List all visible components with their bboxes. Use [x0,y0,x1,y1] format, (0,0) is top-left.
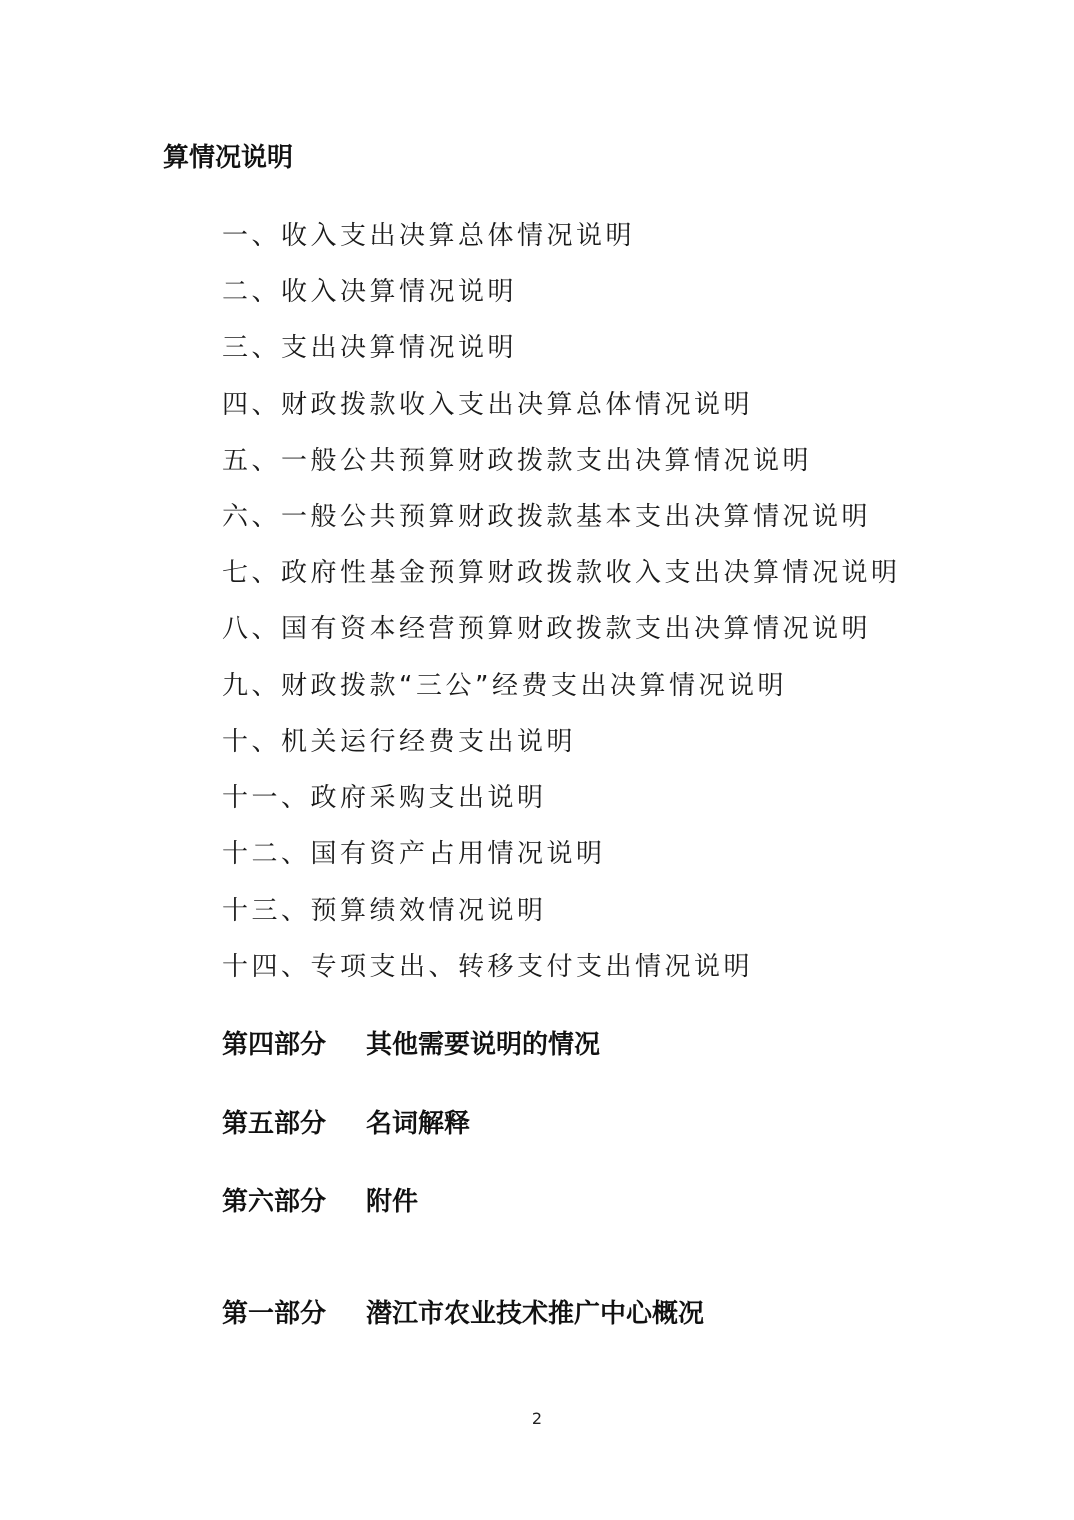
toc-item: 十二、国有资产占用情况说明 [222,836,606,872]
toc-item: 十三、预算绩效情况说明 [222,893,547,929]
part-title: 附件 [366,1187,418,1217]
toc-item: 二、收入决算情况说明 [222,274,517,310]
part-label: 第六部分 [222,1184,366,1220]
toc-item: 十一、政府采购支出说明 [222,780,547,816]
part-title: 其他需要说明的情况 [366,1030,600,1060]
toc-item: 六、一般公共预算财政拨款基本支出决算情况说明 [222,499,871,535]
part-title: 名词解释 [366,1109,470,1139]
toc-item: 一、收入支出决算总体情况说明 [222,218,635,254]
toc-part-4: 第四部分其他需要说明的情况 [222,1027,600,1063]
section-heading: 算情况说明 [163,140,293,176]
toc-item: 八、国有资本经营预算财政拨款支出决算情况说明 [222,611,871,647]
toc-item: 三、支出决算情况说明 [222,330,517,366]
toc-item: 七、政府性基金预算财政拨款收入支出决算情况说明 [222,555,901,591]
toc-part-6: 第六部分附件 [222,1184,418,1220]
toc-item: 十、机关运行经费支出说明 [222,724,576,760]
part-label: 第一部分 [222,1296,366,1332]
part-label: 第四部分 [222,1027,366,1063]
body-heading-part-1: 第一部分潜江市农业技术推广中心概况 [222,1296,704,1332]
toc-part-5: 第五部分名词解释 [222,1106,470,1142]
part-title: 潜江市农业技术推广中心概况 [366,1299,704,1329]
part-label: 第五部分 [222,1106,366,1142]
page-number: 2 [0,1409,1074,1429]
toc-item: 十四、专项支出、转移支付支出情况说明 [222,949,753,985]
toc-item: 九、财政拨款“三公”经费支出决算情况说明 [222,668,787,704]
toc-item: 五、一般公共预算财政拨款支出决算情况说明 [222,443,812,479]
toc-item: 四、财政拨款收入支出决算总体情况说明 [222,387,753,423]
